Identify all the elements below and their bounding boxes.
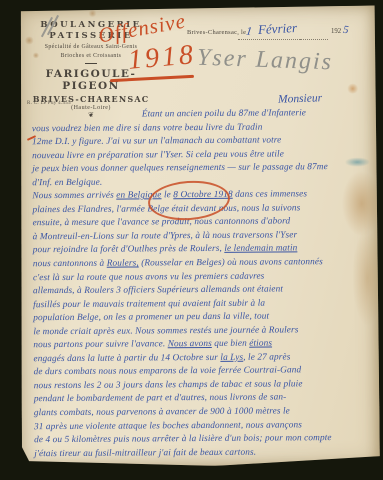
- red-annotation-year: 1918: [127, 39, 198, 77]
- dateline-handwritten-year-digit: 5: [342, 24, 349, 37]
- underlined-phrase: le lendemain matin: [224, 244, 297, 255]
- stain: [88, 10, 97, 17]
- underlined-phrase: Roulers,: [107, 258, 139, 268]
- underlined-phrase: Nous avons: [168, 339, 212, 349]
- salutation: Monsieur: [278, 92, 322, 106]
- handwriting-line: je peux bien vous donner quelques rensei…: [32, 161, 378, 177]
- underlined-phrase: la Lys: [220, 353, 243, 363]
- stain: [347, 84, 359, 94]
- scanned-letter-page: BOULANGERIE PATISSERIE Spécialité de Gât…: [0, 0, 383, 480]
- dateline-dotted-rule: [300, 27, 328, 40]
- dateline-printed-year: 192: [331, 28, 341, 35]
- letterhead-divider: [85, 63, 97, 64]
- letterhead-registry-number: R. C. Le Puy 4.355: [27, 101, 71, 106]
- handwriting-line: de 4 ou 5 kilomètres puis nous arrêter à…: [34, 432, 380, 448]
- handwriting-line: j'étais tireur au fusil-mitrailleur j'ai…: [34, 445, 380, 461]
- pencil-annotation: Yser Langis: [197, 45, 334, 77]
- dateline-handwritten-month: Février: [258, 20, 298, 38]
- underlined-phrase: étions: [249, 339, 272, 349]
- letter-body: Étant un ancien poilu du 87me d'Infanter…: [32, 107, 380, 462]
